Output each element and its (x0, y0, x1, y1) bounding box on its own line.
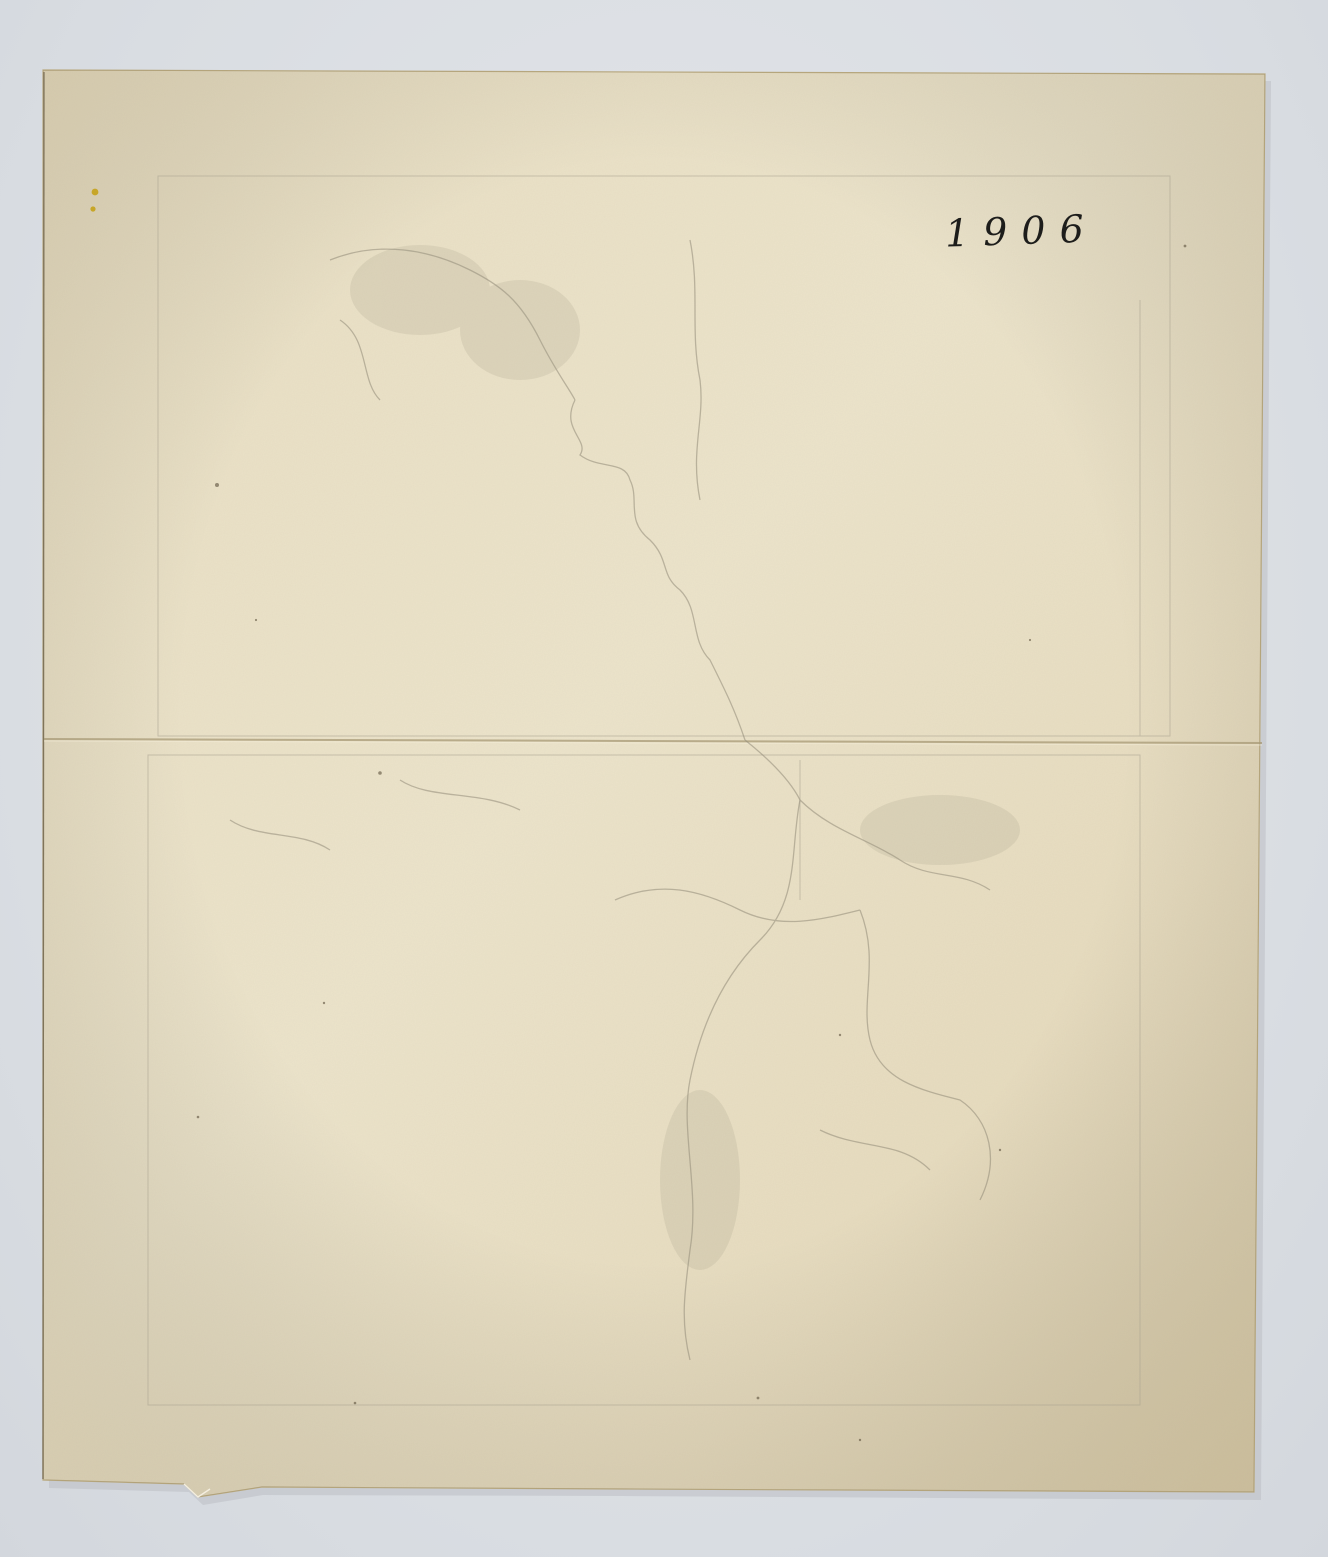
map-sheet (0, 0, 1328, 1557)
photo-backdrop: 1906 (0, 0, 1328, 1557)
handwritten-year: 1906 (944, 209, 1098, 252)
left-edge (43, 72, 44, 1479)
